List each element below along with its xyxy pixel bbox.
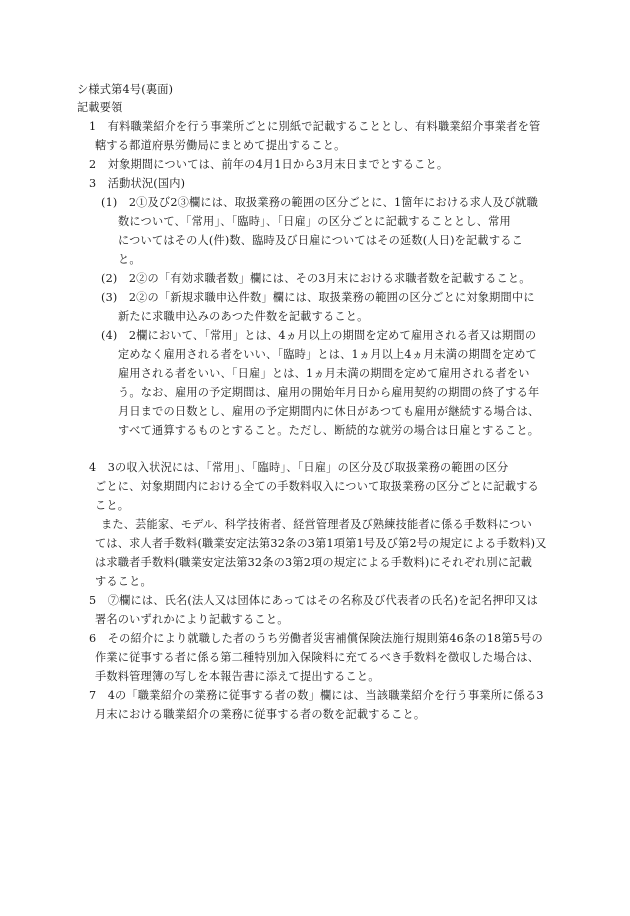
text-line: ごとに、対象期間内における全ての手数料収入について取扱業務の区分ごとに記載する <box>95 480 539 494</box>
text-line: 4 3の収入状況には、「常用」、「臨時」、「日雇」の区分及び取扱業務の範囲の区分 <box>89 461 508 475</box>
text-line: 定めなく雇用される者をいい、「臨時」とは、1ヵ月以上4ヵ月未満の期間を定めて <box>118 348 537 362</box>
form-title: シ様式第4号(裏面) <box>77 83 173 97</box>
text-line: についてはその人(件)数、臨時及び日雇についてはその延数(人日)を記載するこ <box>118 234 523 248</box>
text-line: 7 4の「職業紹介の業務に従事する者の数」欄には、当該職業紹介を行う事業所に係る… <box>89 689 544 703</box>
document-page: シ様式第4号(裏面)記載要領1 有料職業紹介を行う事業所ごとに別紙で記載すること… <box>0 0 630 916</box>
text-line: 数について、「常用」、「臨時」、「日雇」の区分ごとに記載することとし、常用 <box>118 215 511 229</box>
text-line: 新たに求職申込みのあつた件数を記載すること。 <box>118 310 369 324</box>
text-line: (4) 2欄において、「常用」とは、4ヵ月以上の期間を定めて雇用される者又は期間… <box>101 329 536 343</box>
text-line: 6 その紹介により就職した者のうち労働者災害補償保険法施行規則第46条の18第5… <box>89 632 543 646</box>
text-line: (2) 2②の「有効求職者数」欄には、その3月末における求職者数を記載すること。 <box>101 272 531 286</box>
text-line: は求職者手数料(職業安定法第32条の3第2項の規定による手数料)にそれぞれ別に記… <box>95 556 532 570</box>
text-line: (3) 2②の「新規求職申込件数」欄には、取扱業務の範囲の区分ごとに対象期間中に <box>101 291 535 305</box>
text-line: ては、求人者手数料(職業安定法第32条の3第1項第1号及び第2号の規定による手数… <box>95 537 547 551</box>
text-line: 署名のいずれかにより記載すること。 <box>95 613 289 627</box>
text-line: 月末における職業紹介の業務に従事する者の数を記載すること。 <box>95 708 425 722</box>
text-line: (1) 2①及び2③欄には、取扱業務の範囲の区分ごとに、1箇年における求人及び就… <box>101 196 538 210</box>
text-line: 3 活動状況(国内) <box>89 177 185 191</box>
text-line: すべて通算するものとすること。ただし、断続的な就労の場合は日雇とすること。 <box>118 424 539 438</box>
text-line: 手数料管理簿の写しを本報告書に添えて提出すること。 <box>95 670 380 684</box>
text-line: 1 有料職業紹介を行う事業所ごとに別紙で記載することとし、有料職業紹介事業者を管 <box>89 120 540 134</box>
text-line: また、芸能家、モデル、科学技術者、経営管理者及び熟練技能者に係る手数料につい <box>101 518 532 532</box>
section-heading: 記載要領 <box>77 101 123 115</box>
text-line: と。 <box>118 253 141 267</box>
text-line: 月日までの日数とし、雇用の予定期間内に休日があつても雇用が継続する場合は、 <box>118 405 539 419</box>
text-line: う。なお、雇用の予定期間は、雇用の開始年月日から雇用契約の期間の終了する年 <box>118 386 539 400</box>
text-line: すること。 <box>95 575 152 589</box>
text-line: 2 対象期間については、前年の4月1日から3月末日までとすること。 <box>89 158 448 172</box>
text-line: 5 ⑦欄には、氏名(法人又は団体にあってはその名称及び代表者の氏名)を記名押印又… <box>89 594 538 608</box>
text-line: 作業に従事する者に係る第二種特別加入保険料に充てるべき手数料を徴収した場合は、 <box>95 651 539 665</box>
text-line: 轄する都道府県労働局にまとめて提出すること。 <box>95 139 346 153</box>
text-line: こと。 <box>95 499 129 513</box>
text-line: 雇用される者をいい、「日雇」とは、1ヵ月未満の期間を定めて雇用される者をい <box>118 367 530 381</box>
